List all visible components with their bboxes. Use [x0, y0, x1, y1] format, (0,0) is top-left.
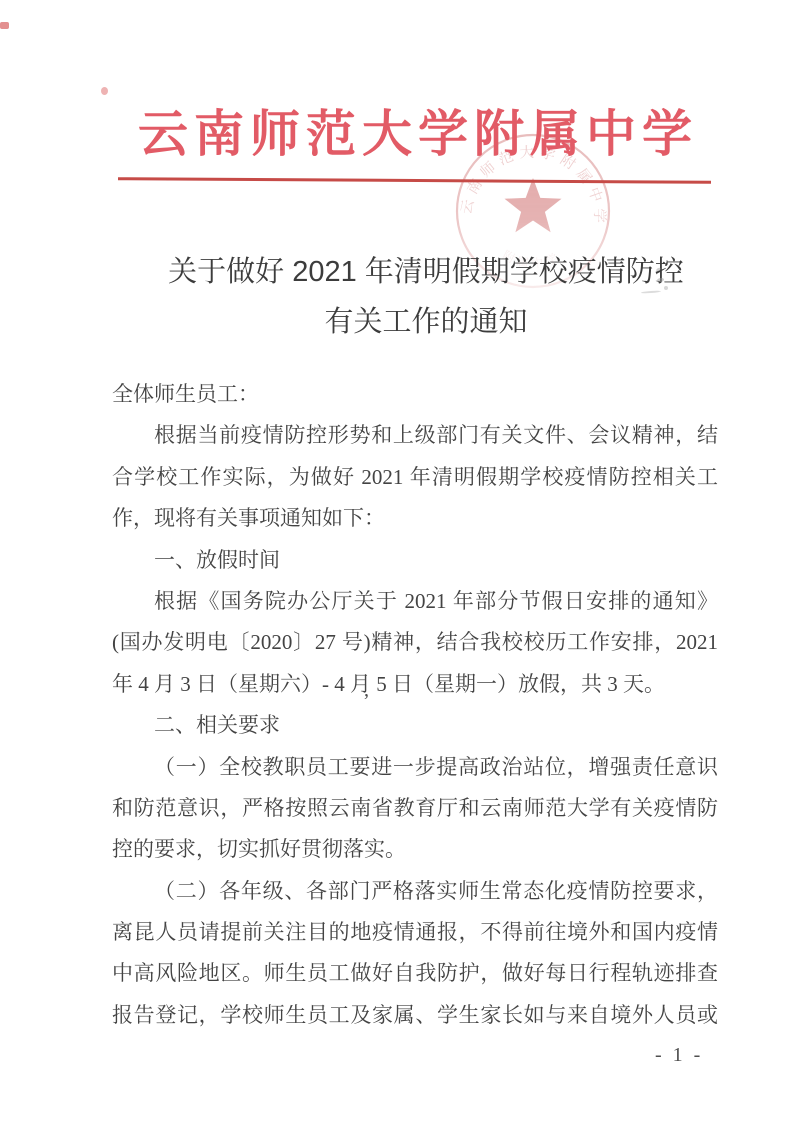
body-line: 全体师生员工：	[112, 374, 718, 415]
letterhead-school-name: 云南师范大学附属中学	[110, 94, 726, 166]
body-section-heading: 一、放假时间	[112, 540, 718, 581]
stray-ink-mark: ’	[363, 690, 370, 713]
body-line: 离昆人员请提前关注目的地疫情通报，不得前往境外和国内疫情	[112, 912, 718, 953]
body-line: 根据当前疫情防控形势和上级部门有关文件、会议精神，结	[112, 415, 718, 456]
body-line: 作，现将有关事项通知如下：	[112, 498, 718, 539]
seal-star-icon	[505, 178, 562, 232]
red-ink-mark-left-edge	[0, 22, 9, 29]
body-line: 中高风险地区。师生员工做好自我防护，做好每日行程轨迹排查	[112, 953, 718, 994]
body-line: 控的要求，切实抓好贯彻落实。	[112, 829, 718, 870]
body-section-heading: 二、相关要求	[112, 705, 718, 746]
document-title: 关于做好 2021 年清明假期学校疫情防控 有关工作的通知	[113, 247, 739, 347]
document-title-line1: 关于做好 2021 年清明假期学校疫情防控	[113, 247, 739, 297]
body-line: (国办发明电〔2020〕27 号)精神，结合我校校历工作安排，2021	[112, 622, 718, 663]
body-line: 报告登记，学校师生员工及家属、学生家长如与来自境外人员或	[112, 995, 718, 1036]
body-line: 年 4 月 3 日（星期六）- 4 月 5 日（星期一）放假，共 3 天。	[112, 664, 718, 705]
body-line: 根据《国务院办公厅关于 2021 年部分节假日安排的通知》	[112, 581, 718, 622]
body-line: 合学校工作实际，为做好 2021 年清明假期学校疫情防控相关工	[112, 457, 718, 498]
body-line: （一）全校教职员工要进一步提高政治站位，增强责任意识	[112, 747, 718, 788]
red-ink-fleck	[101, 87, 108, 95]
scanned-notice-page: { "letterhead": { "school_name": "云南师范大学…	[0, 0, 800, 1130]
page-number: - 1 -	[655, 1044, 703, 1067]
body-line: （二）各年级、各部门严格落实师生常态化疫情防控要求，	[112, 871, 718, 912]
document-title-line2: 有关工作的通知	[113, 297, 739, 347]
ink-smudge	[664, 286, 668, 290]
letterhead-divider-rule	[118, 177, 711, 184]
notice-body: 全体师生员工： 根据当前疫情防控形势和上级部门有关文件、会议精神，结 合学校工作…	[112, 374, 718, 1036]
body-line: 和防范意识，严格按照云南省教育厅和云南师范大学有关疫情防	[112, 788, 718, 829]
